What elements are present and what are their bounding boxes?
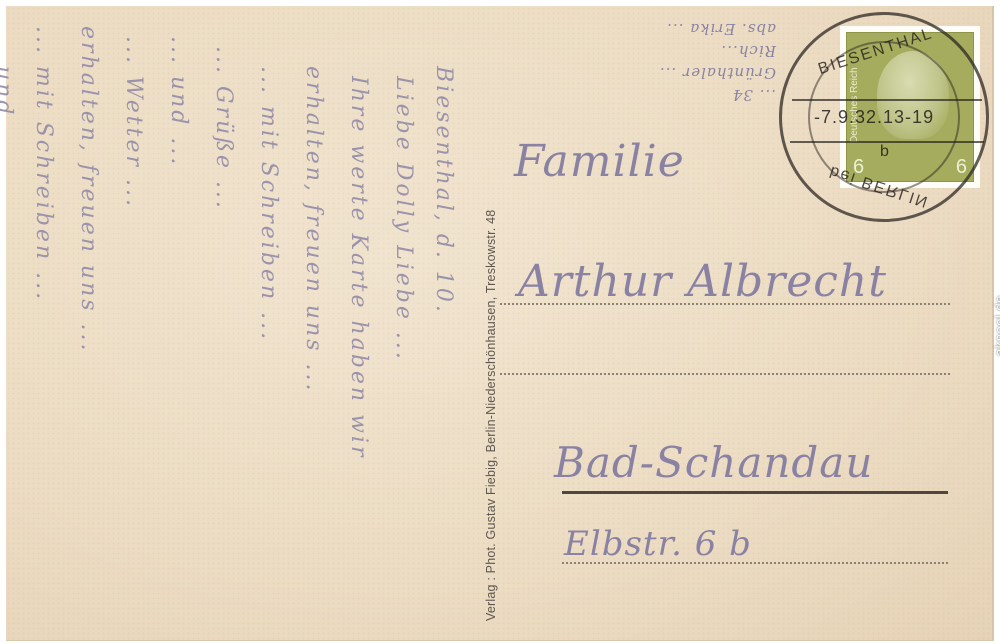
postmark-letter: b: [880, 143, 889, 161]
postcard-back: Biesenthal, d. 10. Liebe Dolly Liebe ...…: [6, 6, 994, 641]
return-address-line: Grünthaler ...: [514, 62, 776, 84]
message-line: ... Wetter ...: [121, 36, 146, 209]
message-line: Liebe Dolly Liebe ...: [391, 76, 416, 362]
address-line-3: [562, 562, 948, 564]
watermark: akpool.de: [992, 295, 1000, 356]
message-line: Biesenthal, d. 10.: [431, 66, 456, 315]
city-underline: [562, 491, 948, 494]
message-line: erhalten, freuen uns ...: [76, 26, 101, 354]
recipient-salutation: Familie: [514, 136, 685, 187]
return-address-line: ... 34: [514, 84, 776, 106]
return-address-line: Rich...: [514, 40, 776, 62]
message-line: ... und ...: [166, 36, 191, 167]
return-address: ... 34 Grünthaler ... Rich... abs. Erika…: [514, 18, 776, 106]
return-address-line: abs. Erika ...: [514, 18, 776, 40]
recipient-street: Elbstr. 6 b: [564, 524, 752, 564]
message-line: erhalten, freuen uns ...: [301, 66, 326, 394]
message-line: ... mit Schreiben ...: [256, 66, 281, 342]
message-line: ... und ...: [0, 26, 16, 157]
recipient-city: Bad-Schandau: [554, 438, 873, 487]
postmark: BIESENTHAL -7.9.32.13-19 b bei BERLIN: [779, 12, 989, 222]
postmark-date: -7.9.32.13-19: [814, 107, 934, 128]
handwritten-message: Biesenthal, d. 10. Liebe Dolly Liebe ...…: [6, 6, 476, 640]
message-line: Ihre werte Karte haben wir: [346, 76, 371, 459]
recipient-name: Arthur Albrecht: [518, 256, 887, 307]
message-line: ... Grüße ...: [211, 46, 236, 211]
postmark-bar: [792, 99, 982, 101]
message-line: ... mit Schreiben ...: [31, 26, 56, 302]
address-line-2: [500, 373, 950, 375]
address-line-1: [500, 303, 950, 305]
publisher-imprint: Verlag : Phot. Gustav Fiebig, Berlin-Nie…: [484, 210, 498, 621]
